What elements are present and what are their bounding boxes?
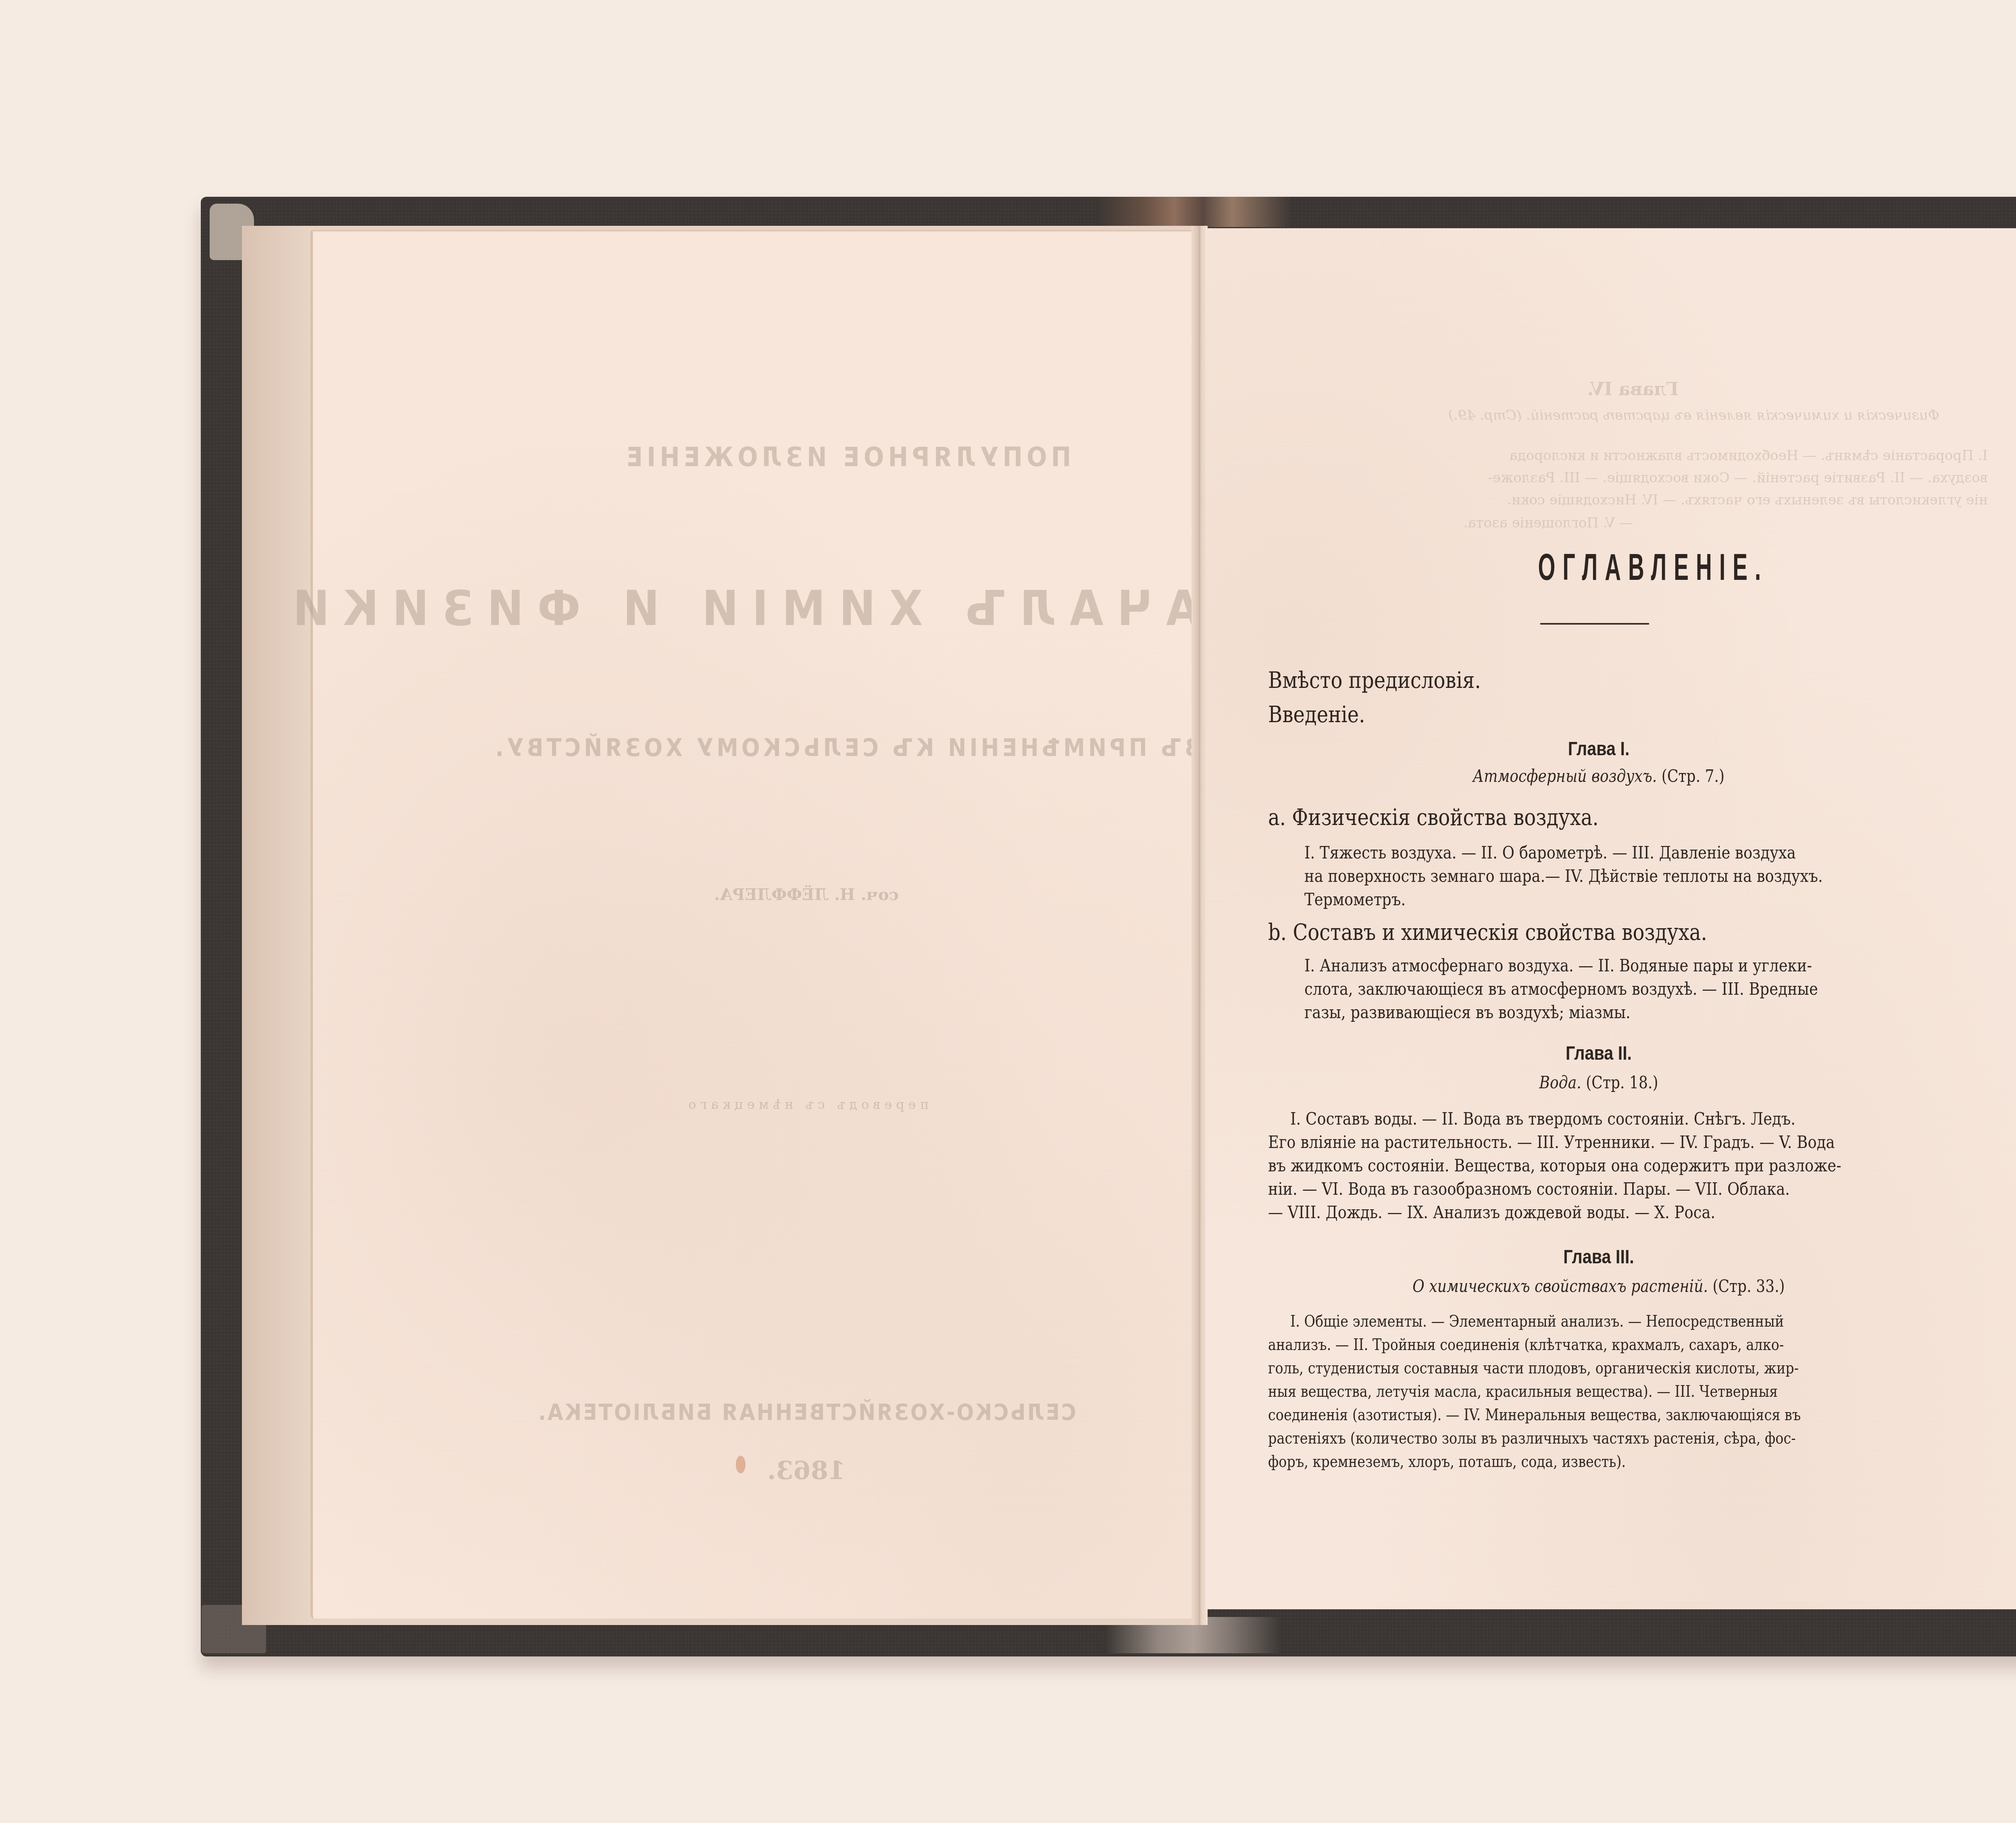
right-bleed-line-6: — V. Поглощеніе азота. [1270, 515, 1633, 531]
chapter-1-page-ref: (Стр. 7.) [1662, 766, 1724, 786]
chapter-3-line-6: растеніяхъ (количество золы въ различных… [1268, 1429, 1796, 1448]
left-bleed-year: 1863. [685, 1456, 927, 1485]
chapter-2-line-2: Его вліяніе на растительность. — III. Ут… [1268, 1132, 1835, 1152]
chapter-3-line-3: голь, студенистыя составныя части плодов… [1268, 1359, 1799, 1377]
left-bleed-line-2: НАЧАЛЪ ХИМІИ И ФИЗИКИ [444, 581, 1250, 637]
chapter-3-title: О химическихъ свойствахъ растеній. [1412, 1276, 1708, 1296]
toc-title: ОГЛАВЛЕНІЕ. [1385, 546, 1922, 589]
chapter-2-title: Вода. [1539, 1073, 1581, 1092]
section-a-line-2: на поверхность земнаго шара.— IV. Дѣйств… [1304, 866, 1823, 886]
spine-head-worn [1097, 197, 1290, 227]
chapter-3-line-7: форъ, кремнеземъ, хлоръ, поташъ, сода, и… [1268, 1453, 1626, 1471]
chapter-1-subtitle: Атмосферный воздухъ. (Стр. 7.) [1261, 766, 1937, 786]
section-b-label: b. Составъ и химическія свойства воздуха… [1268, 919, 1707, 946]
chapter-2-line-3: въ жидкомъ состояніи. Вещества, которыя … [1268, 1156, 1841, 1176]
chapter-2-line-1: I. Составъ воды. — II. Вода въ твердомъ … [1290, 1109, 1795, 1129]
chapter-3-line-2: анализъ. — II. Тройныя соединенія (клѣтч… [1268, 1336, 1784, 1354]
chapter-3-heading: Глава III. [1261, 1246, 1937, 1268]
chapter-2-line-5: — VIII. Дождь. — IX. Анализъ дождевой во… [1268, 1202, 1715, 1223]
chapter-1-title: Атмосферный воздухъ. [1473, 766, 1657, 786]
left-bleed-line-3: ВЪ ПРИМѢНЕНІИ КЪ СЕЛЬСКОМУ ХОЗЯЙСТВУ. [444, 734, 1250, 762]
section-a-line-3: Термометръ. [1304, 890, 1406, 910]
chapter-3-page-ref: (Стр. 33.) [1712, 1276, 1785, 1296]
right-bleed-line-3: I. Прорастаніе сѣмянъ. — Необходимость в… [1270, 448, 1988, 464]
title-rule [1540, 623, 1649, 625]
left-bleed-author: соч. Н. ЛЁФФЛЕРА. [605, 885, 1008, 904]
chapter-2-line-4: ніи. — VI. Вода въ газообразномъ состоян… [1268, 1179, 1790, 1199]
chapter-2-page-ref: (Стр. 18.) [1586, 1073, 1658, 1092]
chapter-3-line-5: соединенія (азотистыя). — IV. Минеральны… [1268, 1406, 1801, 1424]
left-bleed-translation: переводъ съ нѣмецкаго [605, 1097, 1008, 1112]
left-bleed-series: СЕЛЬСКО-ХОЗЯЙСТВЕННАЯ БИБЛІОТЕКА. [484, 1399, 1129, 1425]
toc-entry-preface: Вмѣсто предисловія. [1268, 667, 1481, 694]
section-b-line-2: слота, заключающіеся въ атмосферномъ воз… [1304, 979, 1818, 999]
right-page [1206, 228, 2016, 1609]
chapter-2-subtitle: Вода. (Стр. 18.) [1261, 1073, 1937, 1092]
section-a-line-1: I. Тяжесть воздуха. — II. О барометрѣ. —… [1304, 843, 1796, 863]
gutter [1191, 226, 1208, 1625]
right-bleed-line-5: ніе углекислоты въ зеленыхъ его частяхъ.… [1270, 492, 1988, 508]
chapter-3-subtitle: О химическихъ свойствахъ растеній. (Стр.… [1261, 1276, 1937, 1296]
chapter-3-line-1: I. Общіе элементы. — Элементарный анализ… [1290, 1313, 1784, 1331]
section-b-line-1: I. Анализъ атмосфернаго воздуха. — II. В… [1304, 956, 1812, 976]
right-bleed-line-4: воздуха. — II. Развитіе растеній. — Соки… [1270, 470, 1988, 486]
left-pastedown-shade [242, 226, 310, 1625]
right-bleed-line-2: Физическія и химическія явленія въ царст… [1274, 407, 1939, 423]
foxing-stain [736, 1456, 746, 1473]
toc-entry-introduction: Введеніе. [1268, 702, 1365, 728]
section-a-label: a. Физическія свойства воздуха. [1268, 804, 1599, 831]
left-bleed-line-1: ПОПУЛЯРНОЕ ИЗЛОЖЕНІЕ [524, 442, 1169, 473]
chapter-2-heading: Глава II. [1261, 1042, 1937, 1065]
right-bleed-line-1: Глава IV. [1492, 379, 1774, 400]
section-b-line-3: газы, развивающіеся въ воздухѣ; міазмы. [1304, 1002, 1631, 1023]
chapter-3-line-4: ныя вещества, летучія масла, красильныя … [1268, 1383, 1778, 1401]
chapter-1-heading: Глава I. [1261, 738, 1937, 760]
